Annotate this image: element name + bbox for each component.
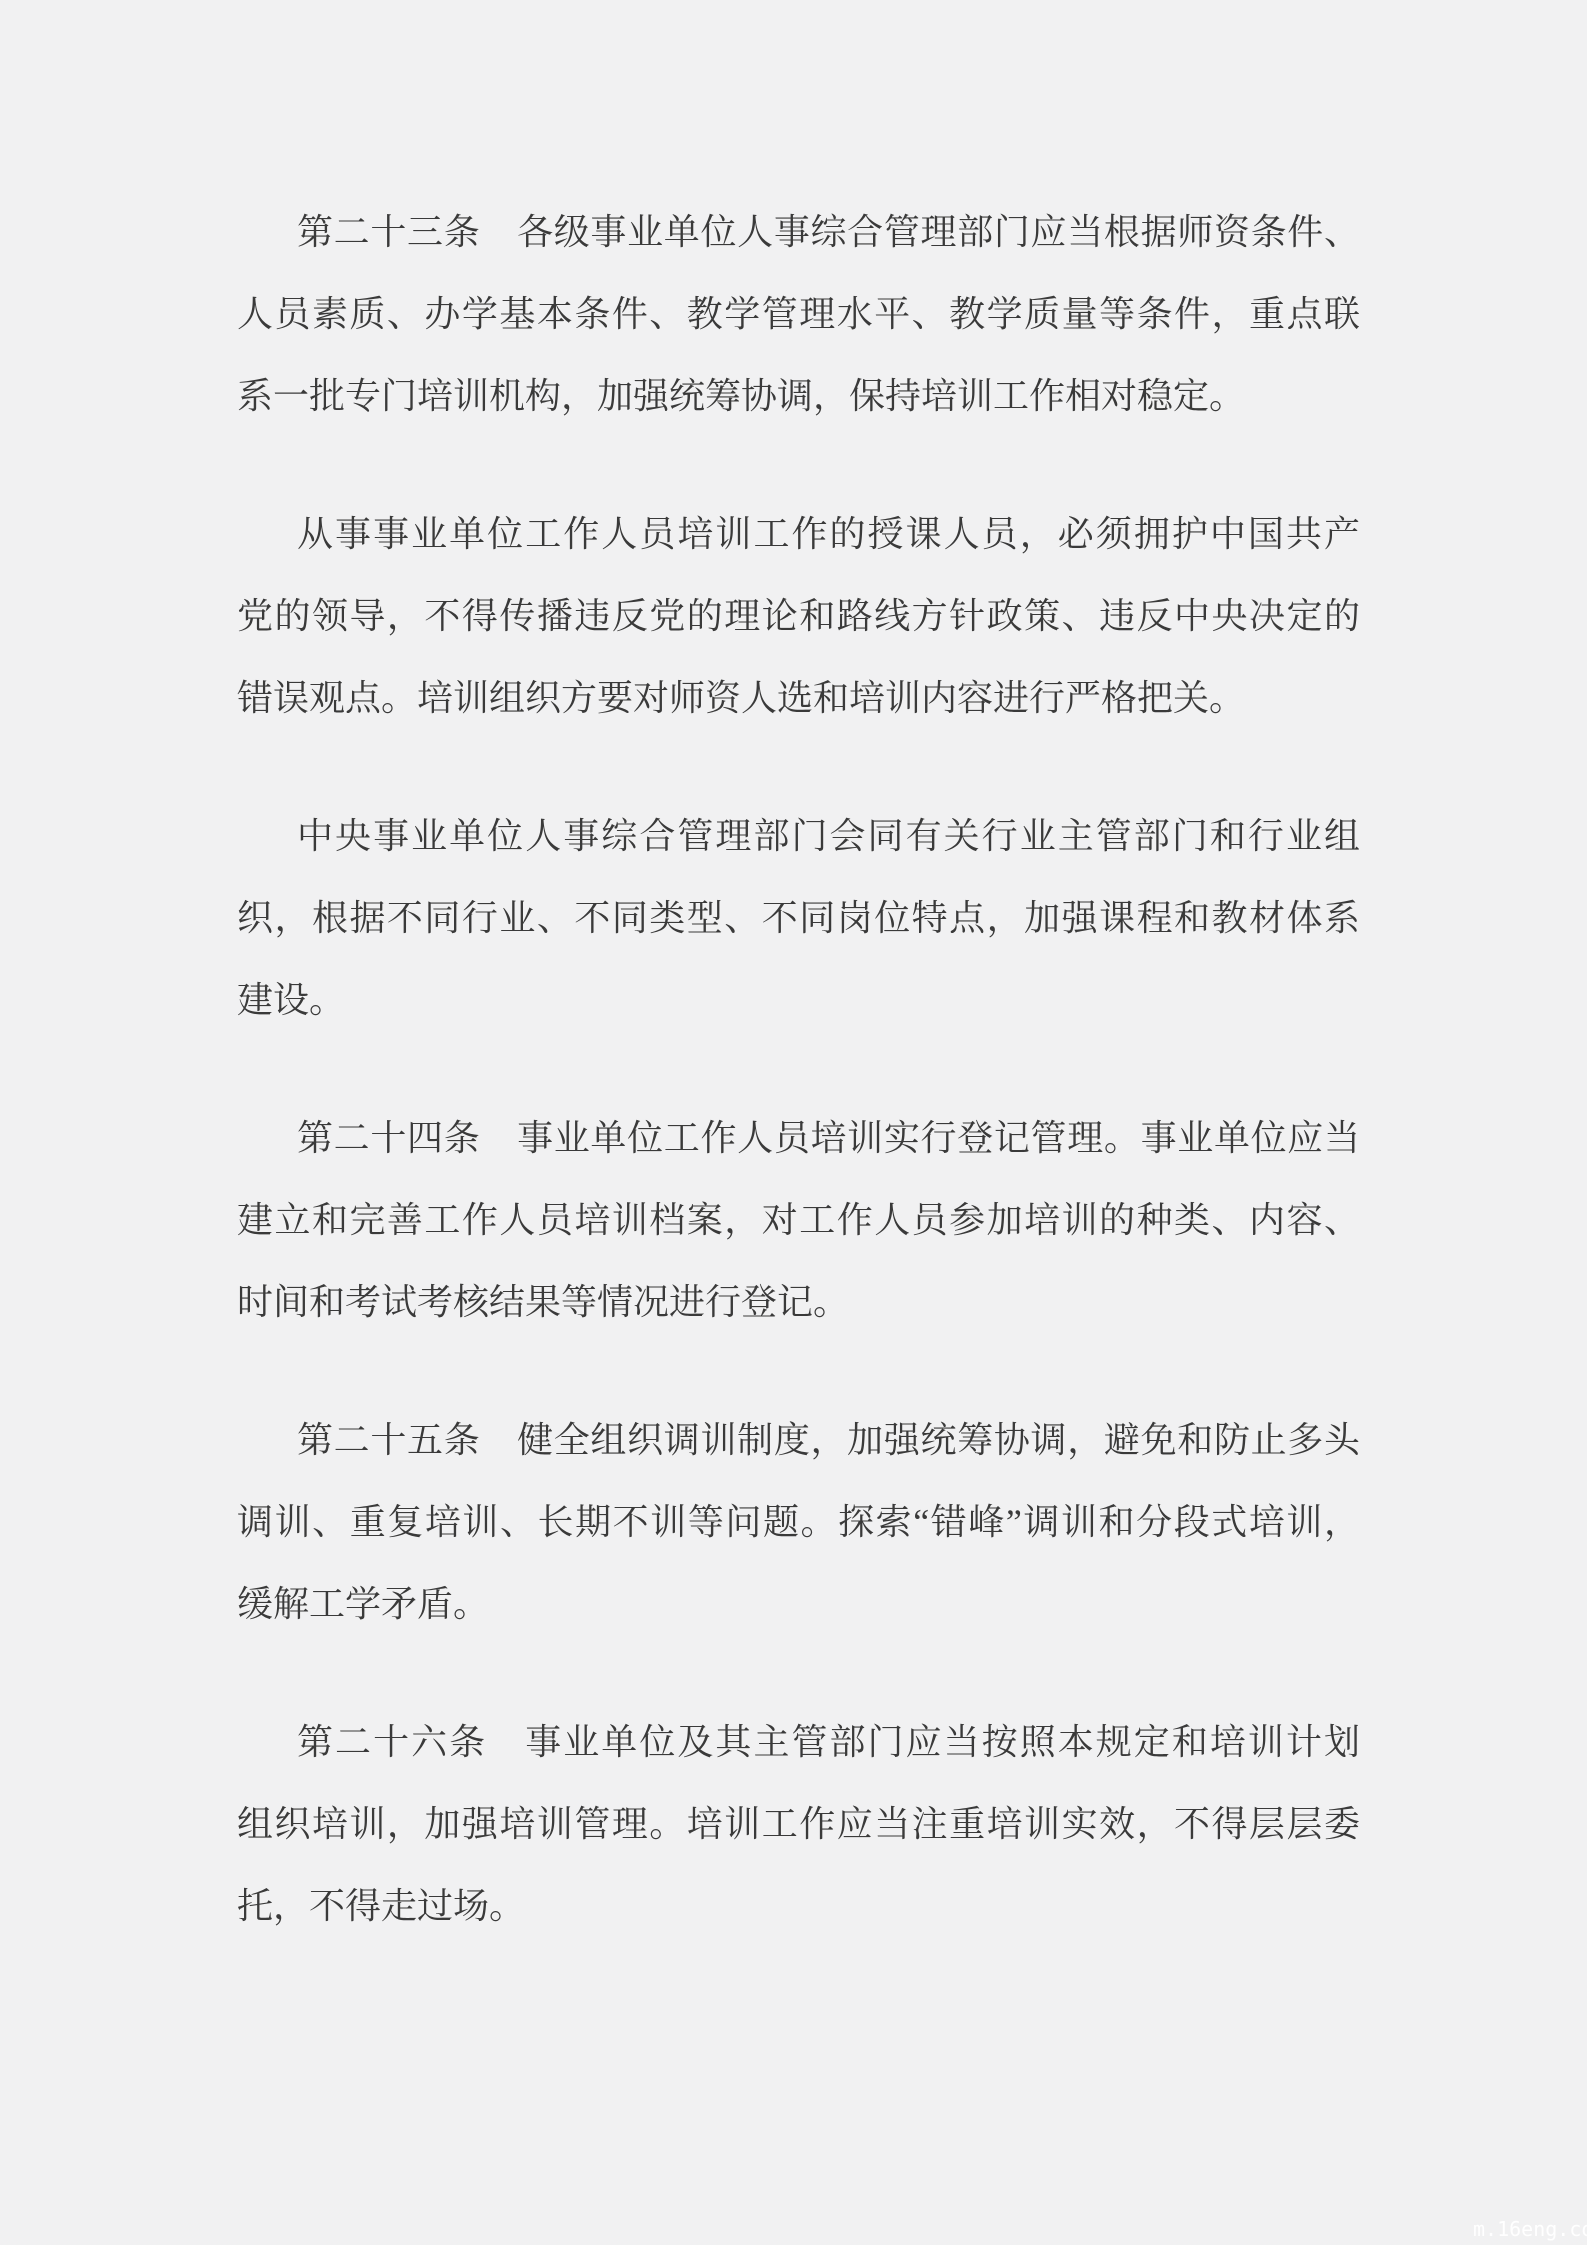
text-line: 缓解工学矛盾。 — [237, 1563, 1360, 1645]
paragraph-3: 中央事业单位人事综合管理部门会同有关行业主管部门和行业组织，根据不同行业、不同类… — [237, 795, 1360, 1041]
text-line: 第二十四条 事业单位工作人员培训实行登记管理。事业单位应当 — [237, 1097, 1360, 1179]
text-line: 从事事业单位工作人员培训工作的授课人员，必须拥护中国共产 — [237, 493, 1360, 575]
text-line: 第二十三条 各级事业单位人事综合管理部门应当根据师资条件、 — [237, 191, 1360, 273]
watermark: m.16eng.com — [1473, 2217, 1587, 2241]
text-line: 建设。 — [237, 959, 1360, 1041]
text-line: 第二十六条 事业单位及其主管部门应当按照本规定和培训计划 — [237, 1701, 1360, 1783]
document-page: 第二十三条 各级事业单位人事综合管理部门应当根据师资条件、人员素质、办学基本条件… — [0, 0, 1587, 2245]
text-line: 时间和考试考核结果等情况进行登记。 — [237, 1261, 1360, 1343]
paragraph-4: 第二十四条 事业单位工作人员培训实行登记管理。事业单位应当建立和完善工作人员培训… — [237, 1097, 1360, 1343]
document-body: 第二十三条 各级事业单位人事综合管理部门应当根据师资条件、人员素质、办学基本条件… — [237, 191, 1360, 2003]
text-line: 组织培训，加强培训管理。培训工作应当注重培训实效，不得层层委 — [237, 1783, 1360, 1865]
text-line: 织，根据不同行业、不同类型、不同岗位特点，加强课程和教材体系 — [237, 877, 1360, 959]
text-line: 系一批专门培训机构，加强统筹协调，保持培训工作相对稳定。 — [237, 355, 1360, 437]
text-line: 调训、重复培训、长期不训等问题。探索“错峰”调训和分段式培训， — [237, 1481, 1360, 1563]
paragraph-5: 第二十五条 健全组织调训制度，加强统筹协调，避免和防止多头调训、重复培训、长期不… — [237, 1399, 1360, 1645]
paragraph-1: 第二十三条 各级事业单位人事综合管理部门应当根据师资条件、人员素质、办学基本条件… — [237, 191, 1360, 437]
text-line: 托，不得走过场。 — [237, 1865, 1360, 1947]
text-line: 建立和完善工作人员培训档案，对工作人员参加培训的种类、内容、 — [237, 1179, 1360, 1261]
text-line: 中央事业单位人事综合管理部门会同有关行业主管部门和行业组 — [237, 795, 1360, 877]
text-line: 党的领导，不得传播违反党的理论和路线方针政策、违反中央决定的 — [237, 575, 1360, 657]
text-line: 人员素质、办学基本条件、教学管理水平、教学质量等条件，重点联 — [237, 273, 1360, 355]
paragraph-6: 第二十六条 事业单位及其主管部门应当按照本规定和培训计划组织培训，加强培训管理。… — [237, 1701, 1360, 1947]
paragraph-2: 从事事业单位工作人员培训工作的授课人员，必须拥护中国共产党的领导，不得传播违反党… — [237, 493, 1360, 739]
text-line: 第二十五条 健全组织调训制度，加强统筹协调，避免和防止多头 — [237, 1399, 1360, 1481]
text-line: 错误观点。培训组织方要对师资人选和培训内容进行严格把关。 — [237, 657, 1360, 739]
